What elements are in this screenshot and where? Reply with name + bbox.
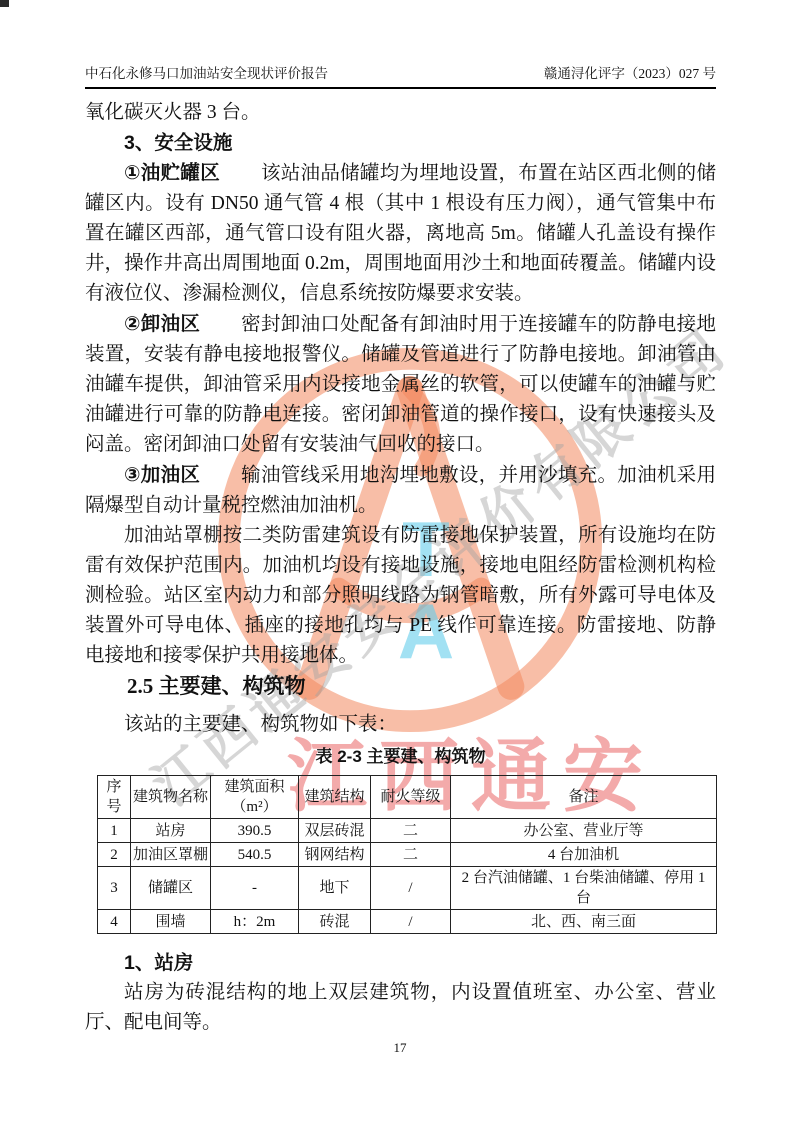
table-header-row: 序号 建筑物名称 建筑面积（m²） 建筑结构 耐火等级 备注 xyxy=(98,776,717,819)
cell-structure: 双层砖混 xyxy=(299,819,371,843)
cell-structure: 砖混 xyxy=(299,910,371,934)
cell-index: 3 xyxy=(98,867,131,910)
cell-building-area: 540.5 xyxy=(211,843,299,867)
cell-building-name: 围墙 xyxy=(131,910,211,934)
page-header: 中石化永修马口加油站安全现状评价报告 赣通浔化评字（2023）027 号 xyxy=(85,64,716,89)
cell-building-area: 390.5 xyxy=(211,819,299,843)
paragraph-lightning-protection: 加油站罩棚按二类防雷建筑设有防雷接地保护装置，所有设施均在防雷有效保护范围内。加… xyxy=(85,521,716,671)
col-header-building-name: 建筑物名称 xyxy=(131,776,211,819)
paragraph-label-tank-area: ①油贮罐区 xyxy=(124,162,220,184)
section-heading-main-structures: 2.5 主要建、构筑物 xyxy=(85,671,716,701)
section-heading-safety-facilities: 3、安全设施 xyxy=(85,128,716,158)
document-body: 氧化碳灭火器 3 台。 3、安全设施 ①油贮罐区该站油品储罐均为埋地设置，布置在… xyxy=(85,98,716,1038)
col-header-remarks: 备注 xyxy=(451,776,717,819)
document-page: TA 江西通安安全评价有限公司 江西通安 中石化永修马口加油站安全现状评价报告 … xyxy=(0,0,800,1131)
cell-index: 4 xyxy=(98,910,131,934)
cell-building-name: 站房 xyxy=(131,819,211,843)
paragraph-label-unloading-area: ②卸油区 xyxy=(124,313,200,335)
cell-remarks: 办公室、营业厅等 xyxy=(451,819,717,843)
cell-fire-rating: 二 xyxy=(371,843,451,867)
header-report-title: 中石化永修马口加油站安全现状评价报告 xyxy=(85,64,328,83)
table-row: 1 站房 390.5 双层砖混 二 办公室、营业厅等 xyxy=(98,819,717,843)
col-header-building-area: 建筑面积（m²） xyxy=(211,776,299,819)
scan-corner-artifact xyxy=(0,0,9,7)
paragraph-text-unloading-area: 密封卸油口处配备有卸油时用于连接罐车的防静电接地装置，安装有静电接地报警仪。储罐… xyxy=(85,314,716,455)
cell-structure: 钢网结构 xyxy=(299,843,371,867)
cell-building-name: 加油区罩棚 xyxy=(131,843,211,867)
col-header-structure: 建筑结构 xyxy=(299,776,371,819)
table-caption: 表 2-3 主要建、构筑物 xyxy=(85,742,716,772)
paragraph-refueling-area: ③加油区输油管线采用地沟埋地敷设，并用沙填充。加油机采用隔爆型自动计量税控燃油加… xyxy=(85,460,716,521)
cell-fire-rating: / xyxy=(371,867,451,910)
cell-building-area: - xyxy=(211,867,299,910)
paragraph-label-refueling-area: ③加油区 xyxy=(124,464,200,486)
carryover-line: 氧化碳灭火器 3 台。 xyxy=(85,98,716,128)
paragraph-text-tank-area: 该站油品储罐均为埋地设置，布置在站区西北侧的储罐区内。设有 DN50 通气管 4… xyxy=(85,163,716,304)
cell-index: 1 xyxy=(98,819,131,843)
paragraph-tank-area: ①油贮罐区该站油品储罐均为埋地设置，布置在站区西北侧的储罐区内。设有 DN50 … xyxy=(85,158,716,309)
header-doc-number: 赣通浔化评字（2023）027 号 xyxy=(544,64,716,83)
structures-table: 序号 建筑物名称 建筑面积（m²） 建筑结构 耐火等级 备注 1 站房 390.… xyxy=(97,775,717,934)
cell-fire-rating: / xyxy=(371,910,451,934)
table-intro-line: 该站的主要建、构筑物如下表： xyxy=(85,710,716,740)
cell-remarks: 4 台加油机 xyxy=(451,843,717,867)
cell-remarks: 北、西、南三面 xyxy=(451,910,717,934)
cell-remarks: 2 台汽油储罐、1 台柴油储罐、停用 1 台 xyxy=(451,867,717,910)
col-header-fire-rating: 耐火等级 xyxy=(371,776,451,819)
table-row: 3 储罐区 - 地下 / 2 台汽油储罐、1 台柴油储罐、停用 1 台 xyxy=(98,867,717,910)
cell-building-name: 储罐区 xyxy=(131,867,211,910)
cell-structure: 地下 xyxy=(299,867,371,910)
table-row: 2 加油区罩棚 540.5 钢网结构 二 4 台加油机 xyxy=(98,843,717,867)
cell-index: 2 xyxy=(98,843,131,867)
paragraph-unloading-area: ②卸油区密封卸油口处配备有卸油时用于连接罐车的防静电接地装置，安装有静电接地报警… xyxy=(85,309,716,460)
col-header-index: 序号 xyxy=(98,776,131,819)
cell-building-area: h：2m xyxy=(211,910,299,934)
page-number: 17 xyxy=(0,1040,800,1056)
table-row: 4 围墙 h：2m 砖混 / 北、西、南三面 xyxy=(98,910,717,934)
paragraph-station-house: 站房为砖混结构的地上双层建筑物，内设置值班室、办公室、营业厅、配电间等。 xyxy=(85,978,716,1038)
subsection-heading-station-house: 1、站房 xyxy=(85,948,716,978)
cell-fire-rating: 二 xyxy=(371,819,451,843)
